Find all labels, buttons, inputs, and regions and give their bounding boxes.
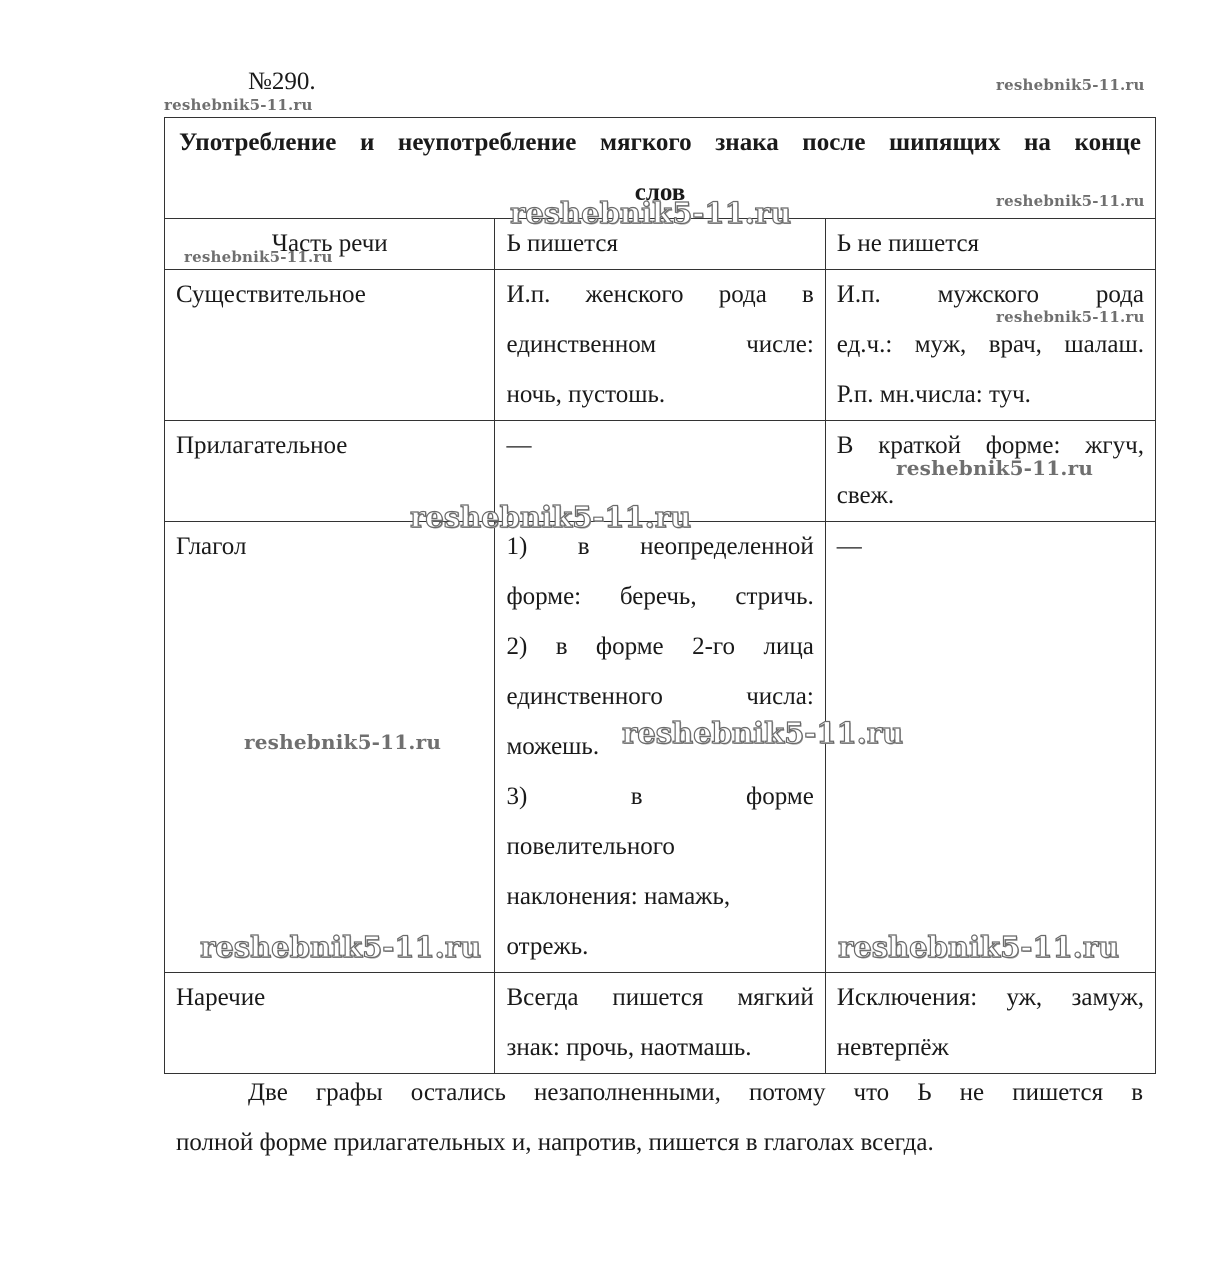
cell-line: знак: прочь, наотмашь. — [506, 1023, 813, 1073]
watermark: reshebnik5-11.ru — [622, 716, 903, 750]
cell-line: повелительного — [506, 822, 813, 872]
cell-line: И.п. женского рода в — [506, 270, 813, 320]
conclusion-paragraph: Две графы остались незаполненными, потом… — [176, 1068, 1143, 1168]
cell-line: Р.п. мн.числа: туч. — [837, 370, 1144, 420]
cell-written: И.п. женского рода в единственном числе:… — [495, 270, 825, 421]
cell-not-written: Исключения: уж, замуж, невтерпёж — [825, 973, 1155, 1074]
watermark: reshebnik5-11.ru — [896, 456, 1093, 480]
cell-line: ночь, пустошь. — [506, 370, 813, 420]
watermark: reshebnik5-11.ru — [996, 192, 1145, 210]
watermark: reshebnik5-11.ru — [200, 930, 481, 964]
watermark: reshebnik5-11.ru — [996, 76, 1145, 94]
watermark: reshebnik5-11.ru — [838, 930, 1119, 964]
table-row: Существительное И.п. женского рода в еди… — [165, 270, 1156, 421]
watermark: reshebnik5-11.ru — [410, 500, 691, 534]
conclusion-line: Две графы остались незаполненными, потом… — [176, 1068, 1143, 1118]
cell-line: Всегда пишется мягкий — [506, 973, 813, 1023]
watermark: reshebnik5-11.ru — [510, 196, 791, 230]
cell-line: 2) в форме 2-го лица — [506, 622, 813, 672]
header-soft-sign-not-written: Ь не пишется — [825, 219, 1155, 270]
cell-line: отрежь. — [506, 922, 813, 972]
cell-line: единственного числа: — [506, 672, 813, 722]
conclusion-line: полной форме прилагательных и, напротив,… — [176, 1118, 1143, 1168]
cell-line: — — [837, 522, 1144, 572]
cell-line: невтерпёж — [837, 1023, 1144, 1073]
cell-line: наклонения: намажь, — [506, 872, 813, 922]
watermark: reshebnik5-11.ru — [996, 308, 1145, 326]
cell-line: — — [506, 421, 813, 471]
cell-written: Всегда пишется мягкий знак: прочь, наотм… — [495, 973, 825, 1074]
table-row: Наречие Всегда пишется мягкий знак: проч… — [165, 973, 1156, 1074]
table-title-line1: Употребление и неупотребление мягкого зн… — [179, 118, 1141, 168]
cell-line: Исключения: уж, замуж, — [837, 973, 1144, 1023]
cell-line: форме: беречь, стричь. — [506, 572, 813, 622]
watermark: reshebnik5-11.ru — [184, 248, 333, 266]
task-number: №290. — [248, 68, 316, 96]
watermark: reshebnik5-11.ru — [164, 96, 313, 114]
cell-line: 3) в форме — [506, 772, 813, 822]
watermark: reshebnik5-11.ru — [244, 730, 441, 754]
cell-part: Наречие — [165, 973, 495, 1074]
cell-not-written: И.п. мужского рода ед.ч.: муж, врач, шал… — [825, 270, 1155, 421]
cell-line: ед.ч.: муж, врач, шалаш. — [837, 320, 1144, 370]
cell-line: единственном числе: — [506, 320, 813, 370]
cell-part: Существительное — [165, 270, 495, 421]
